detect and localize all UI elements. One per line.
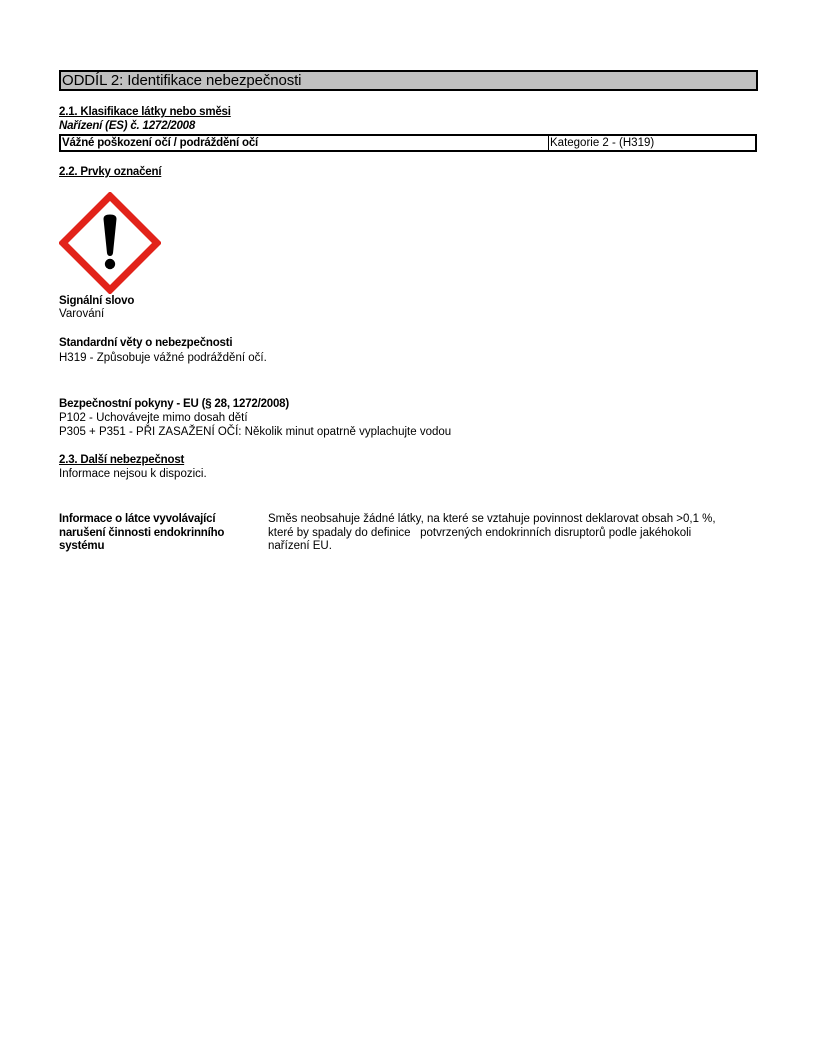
precautionary-statement-item: P305 + P351 - PŘI ZASAŽENÍ OČÍ: Několik … [59,426,451,439]
hazard-category-cell: Kategorie 2 - (H319) [549,136,755,150]
classification-table: Vážné poškození očí / podráždění očí Kat… [59,134,757,152]
ghs07-exclamation-mark-icon [59,192,161,294]
endocrine-label-line: narušení činnosti endokrinního [59,527,259,541]
endocrine-text-line: Směs neobsahuje žádné látky, na které se… [268,513,758,527]
endocrine-label-line: Informace o látce vyvolávající [59,513,259,527]
signal-word-value: Varování [59,308,104,321]
signal-word-label: Signální slovo [59,295,134,308]
hazard-statement-item: H319 - Způsobuje vážné podráždění očí. [59,352,267,365]
hazard-statements-label: Standardní věty o nebezpečnosti [59,337,232,350]
endocrine-text-line: nařízení EU. [268,540,758,554]
endocrine-disruptor-text: Směs neobsahuje žádné látky, na které se… [268,513,758,554]
other-hazards-text: Informace nejsou k dispozici. [59,468,207,481]
endocrine-disruptor-label: Informace o látce vyvolávající narušení … [59,513,259,554]
hazard-class-cell: Vážné poškození očí / podráždění očí [61,136,549,150]
endocrine-label-line: systému [59,540,259,554]
regulation-reference: Nařízení (ES) č. 1272/2008 [59,120,195,133]
endocrine-text-line: které by spadaly do definice potvrzených… [268,527,758,541]
other-hazards-heading: 2.3. Další nebezpečnost [59,454,184,467]
precautionary-statement-item: P102 - Uchovávejte mimo dosah dětí [59,412,248,425]
classification-heading: 2.1. Klasifikace látky nebo směsi [59,106,231,119]
section-header: ODDÍL 2: Identifikace nebezpečnosti [59,70,758,91]
label-elements-heading: 2.2. Prvky označení [59,166,161,179]
precautionary-statements-label: Bezpečnostní pokyny - EU (§ 28, 1272/200… [59,398,289,411]
